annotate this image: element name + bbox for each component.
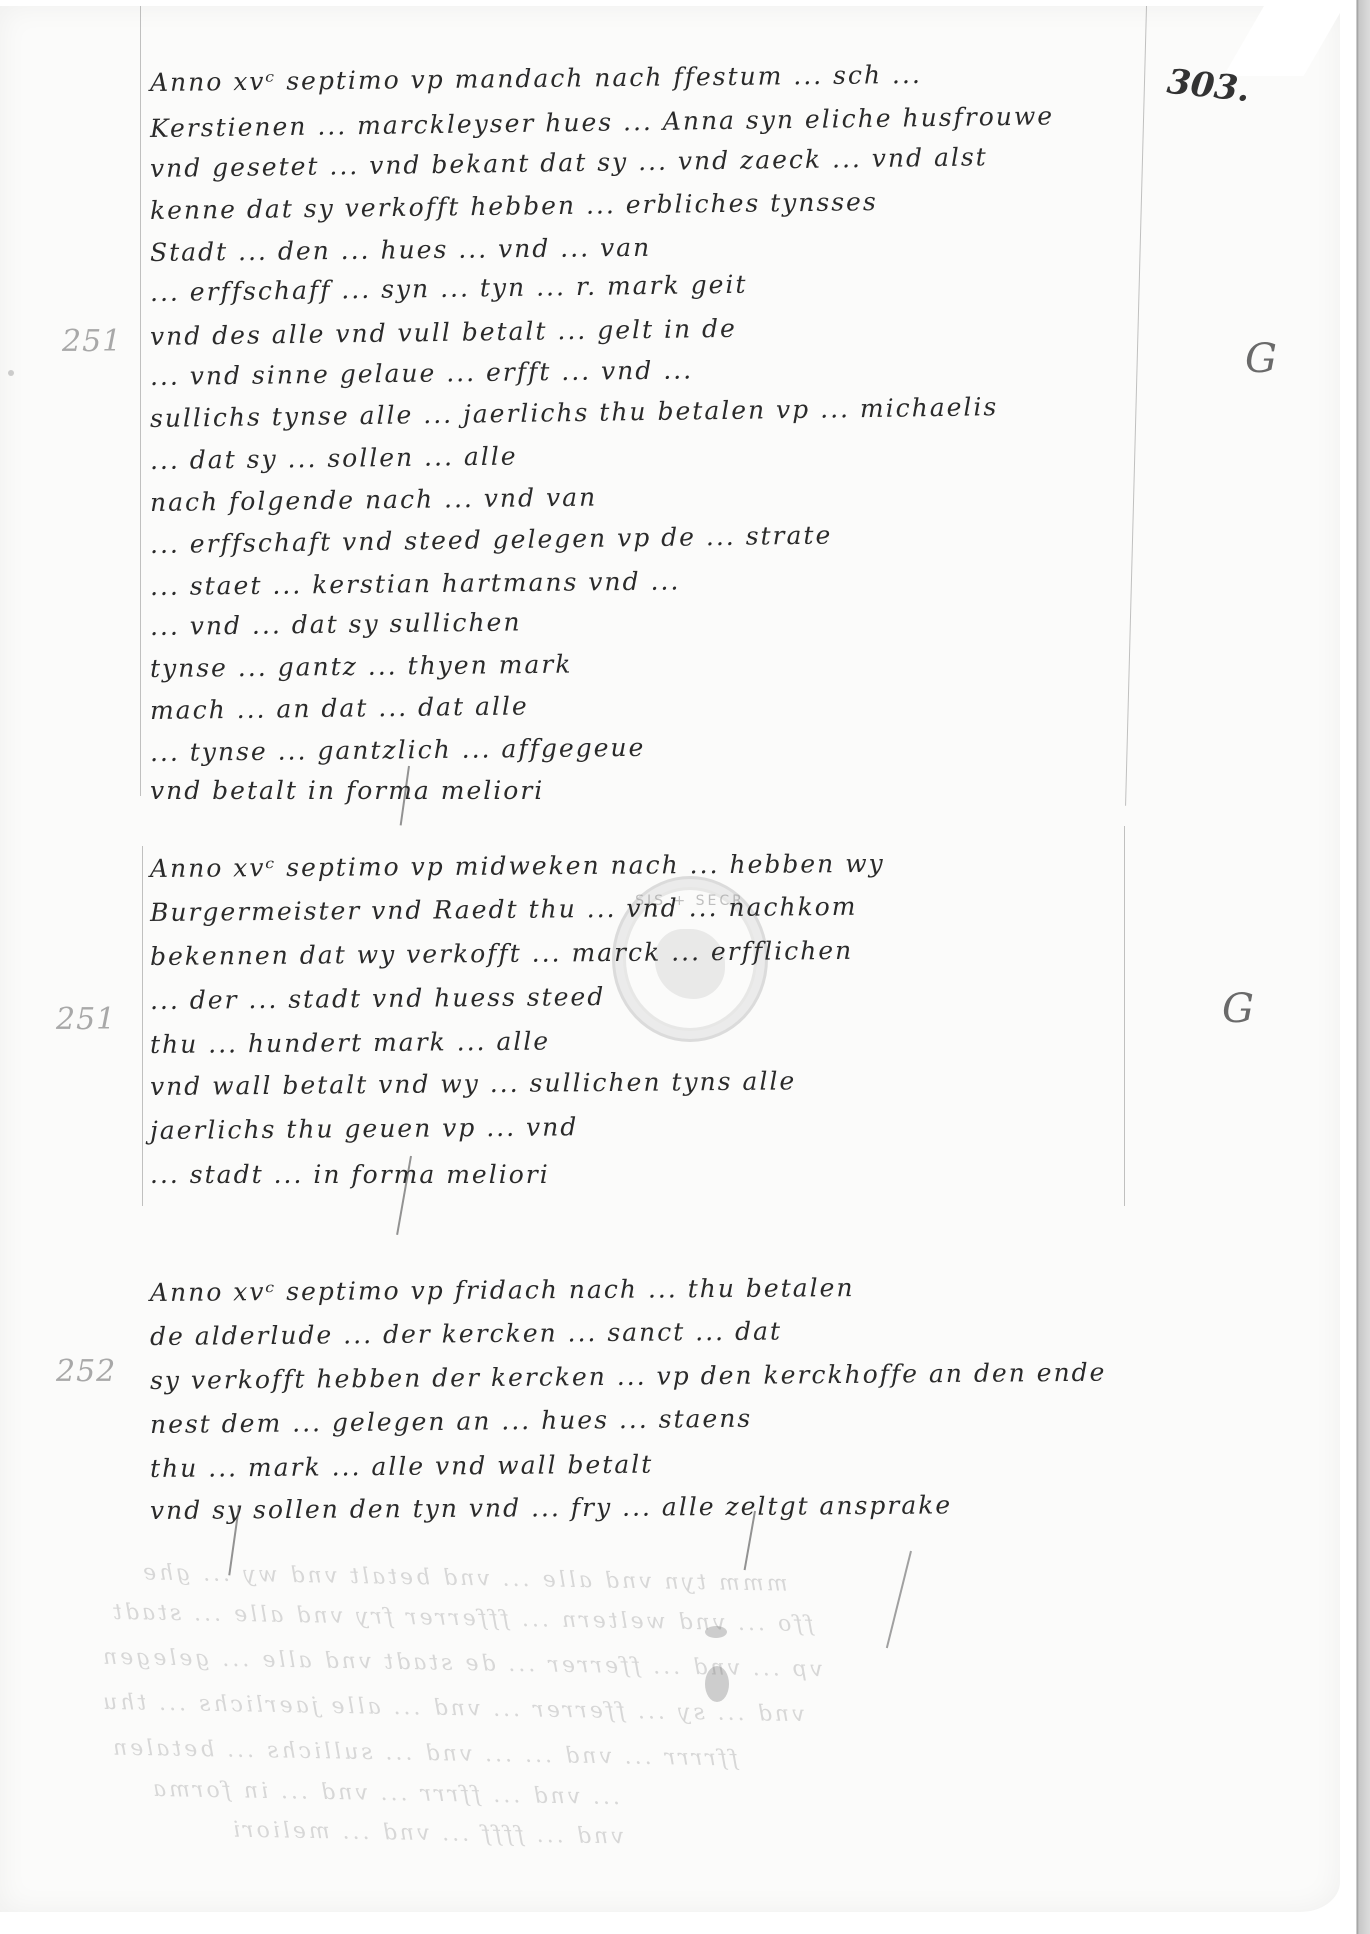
text-line: ... erffschaff ... syn ... tyn ... r. ma… (150, 270, 748, 307)
margin-entry-number: 251 (62, 324, 122, 359)
left-margin-rule (140, 6, 141, 796)
right-margin-rule (1125, 6, 1147, 806)
text-line: ... tynse ... gantzlich ... affgegeue (150, 733, 646, 767)
left-margin-rule-lower (142, 846, 143, 1206)
text-line: vnd gesetet ... vnd bekant dat sy ... vn… (150, 142, 988, 183)
text-line: vnd betalt in forma meliori (150, 776, 544, 805)
text-line: tynse ... gantz ... thyen mark (150, 650, 573, 683)
text-line: nest dem ... gelegen an ... hues ... sta… (150, 1404, 752, 1439)
text-line: vnd wall betalt vnd wy ... sullichen tyn… (150, 1066, 796, 1101)
ink-spot (8, 370, 14, 376)
text-line: kenne dat sy verkofft hebben ... erblich… (150, 187, 878, 225)
text-line: ... der ... stadt vnd huess steed (150, 982, 606, 1015)
text-line: thu ... hundert mark ... alle (150, 1027, 550, 1059)
text-line: ... stadt ... in forma meliori (150, 1160, 550, 1189)
ink-spot (705, 1666, 729, 1702)
text-line: Anno xvᶜ septimo vp mandach nach ffestum… (150, 60, 922, 97)
margin-mark: G (1222, 986, 1254, 1032)
manuscript-page: 303. 251 G Anno xvᶜ septimo vp mandach n… (0, 6, 1340, 1912)
text-line: ... staet ... kerstian hartmans vnd ... (150, 566, 681, 601)
text-line: Stadt ... den ... hues ... vnd ... van (150, 233, 651, 267)
ink-spot (705, 1626, 727, 1638)
text-line: ... vnd ... dat sy sullichen (150, 607, 522, 641)
text-line: Anno xvᶜ septimo vp fridach nach ... thu… (150, 1273, 855, 1307)
text-line: sullichs tynse alle ... jaerlichs thu be… (150, 392, 999, 433)
text-line: thu ... mark ... alle vnd wall betalt (150, 1450, 654, 1483)
text-line: mach ... an dat ... dat alle (150, 691, 529, 725)
margin-entry-number: 251 (56, 1002, 116, 1037)
text-line: vnd des alle vnd vull betalt ... gelt in… (150, 314, 737, 351)
text-line: ... erffschaft vnd steed gelegen vp de .… (150, 520, 833, 559)
text-line: Burgermeister vnd Raedt thu ... vnd ... … (150, 892, 858, 927)
text-line: jaerlichs thu geuen vp ... vnd (150, 1112, 579, 1145)
margin-mark: G (1245, 336, 1277, 382)
text-line: de alderlude ... der kercken ... sanct .… (150, 1316, 782, 1351)
text-line: sy verkofft hebben der kercken ... vp de… (150, 1358, 1107, 1395)
text-line: ... dat sy ... sollen ... alle (150, 442, 518, 475)
text-line: ... vnd sinne gelaue ... erfft ... vnd .… (150, 355, 693, 391)
text-line: nach folgende nach ... vnd van (150, 483, 597, 517)
text-line: vnd sy sollen den tyn vnd ... fry ... al… (150, 1490, 952, 1525)
scan-edge-strip (1350, 0, 1370, 1934)
folio-number: 303. (1165, 62, 1252, 110)
text-line: bekennen dat wy verkofft ... marck ... e… (150, 936, 853, 971)
text-line: Anno xvᶜ septimo vp midweken nach ... he… (150, 849, 885, 883)
right-margin-rule-lower (1124, 826, 1125, 1206)
text-line: Kerstienen ... marckleyser hues ... Anna… (150, 101, 1055, 143)
insertion-arrow-icon (886, 1551, 912, 1649)
margin-entry-number: 252 (56, 1354, 116, 1389)
